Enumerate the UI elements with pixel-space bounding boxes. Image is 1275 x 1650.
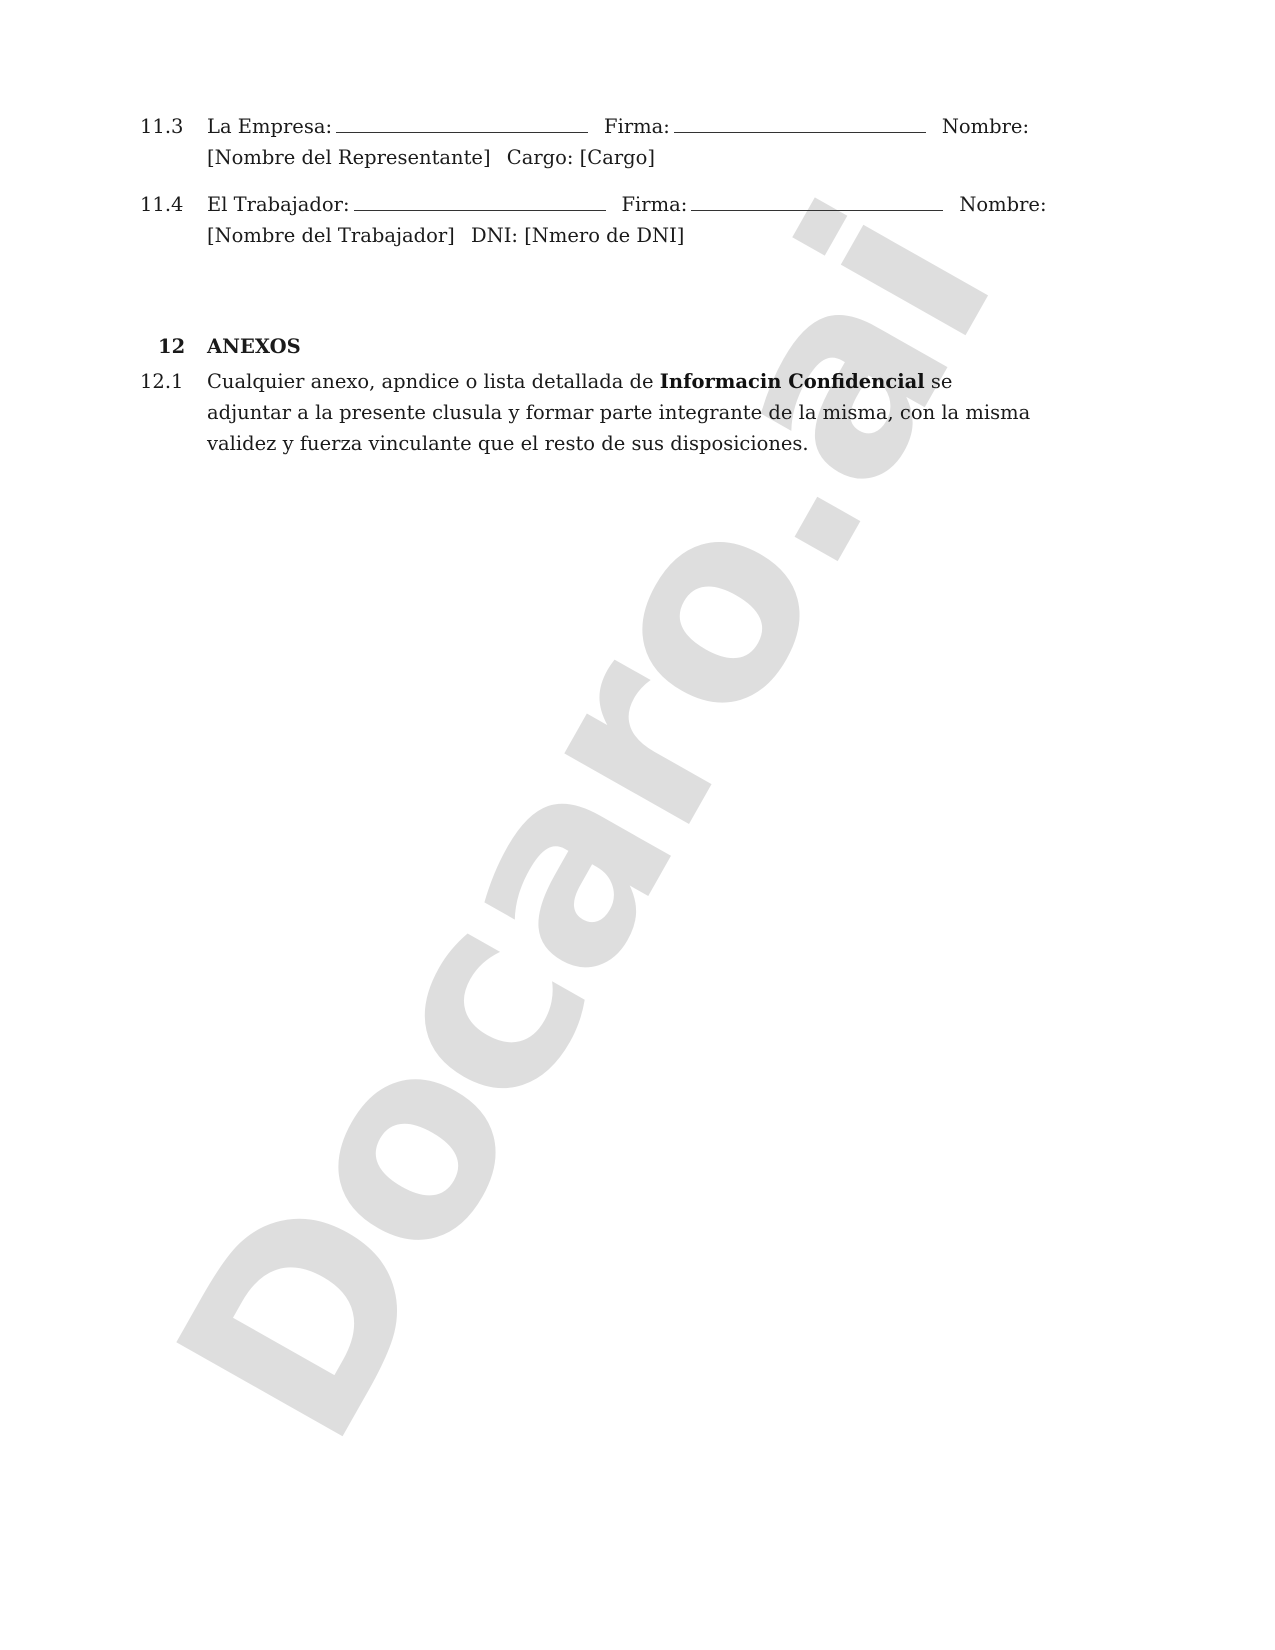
firma-label: Firma:	[622, 193, 688, 216]
clause-text-before: Cualquier anexo, apndice o lista detalla…	[207, 370, 660, 393]
clause-body: El Trabajador:Firma:Nombre: [Nombre del …	[207, 189, 1122, 251]
firma-signature-line[interactable]	[691, 190, 943, 211]
clause-number: 11.4	[140, 189, 198, 220]
clause-body: La Empresa:Firma:Nombre: [Nombre del Rep…	[207, 111, 1122, 173]
party-label: La Empresa:	[207, 115, 332, 138]
section-heading-12: 12 ANEXOS	[140, 331, 301, 362]
document-page: 11.3 La Empresa:Firma:Nombre: [Nombre de…	[0, 0, 1275, 1650]
clause-11-3: 11.3 La Empresa:Firma:Nombre: [Nombre de…	[140, 111, 1120, 173]
clause-body: Cualquier anexo, apndice o lista detalla…	[207, 366, 1037, 459]
clause-11-4: 11.4 El Trabajador:Firma:Nombre: [Nombre…	[140, 189, 1120, 251]
nombre-value: [Nombre del Trabajador]	[207, 224, 455, 247]
cargo-label: Cargo:	[507, 146, 574, 169]
nombre-label: Nombre:	[942, 115, 1029, 138]
dni-label: DNI:	[471, 224, 518, 247]
clause-12-1: 12.1 Cualquier anexo, apndice o lista de…	[140, 366, 1040, 459]
nombre-value: [Nombre del Representante]	[207, 146, 491, 169]
defined-term: Informacin Confidencial	[660, 370, 925, 393]
company-signature-line[interactable]	[336, 112, 588, 133]
clause-number: 12.1	[140, 366, 198, 397]
firma-label: Firma:	[604, 115, 670, 138]
party-label: El Trabajador:	[207, 193, 350, 216]
dni-value: [Nmero de DNI]	[524, 224, 684, 247]
nombre-label: Nombre:	[959, 193, 1046, 216]
section-title: ANEXOS	[207, 335, 301, 358]
section-number: 12	[158, 331, 198, 362]
cargo-value: [Cargo]	[580, 146, 655, 169]
worker-signature-line[interactable]	[354, 190, 606, 211]
firma-signature-line[interactable]	[674, 112, 926, 133]
clause-number: 11.3	[140, 111, 198, 142]
